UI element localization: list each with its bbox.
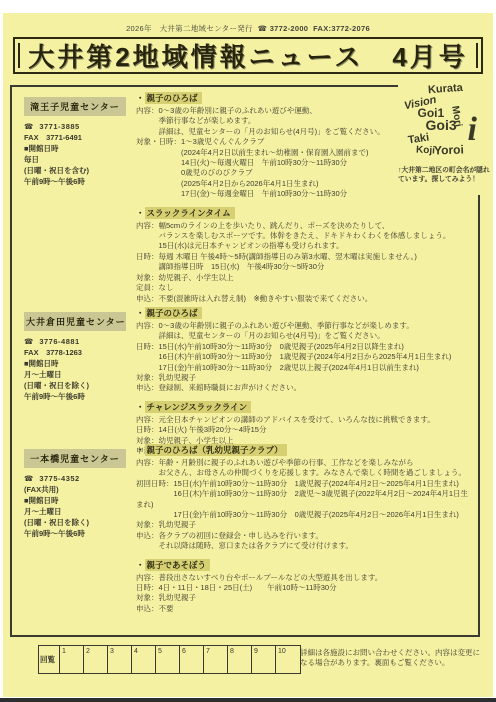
issue-phone: 3772-2000 bbox=[270, 24, 309, 33]
center-tel: 3771-3885 bbox=[39, 122, 79, 131]
open-days: 月～土曜日 bbox=[24, 506, 130, 517]
program-title-row: ・親子であそぼう bbox=[136, 559, 474, 571]
program-details: 内容：幅5cmのラインの上を歩いたり、跳んだり、ポーズを決めたりして、 バランス… bbox=[136, 221, 474, 304]
program-details: 内容：年齢・月齢別に親子のふれあい遊びや季節の行事、工作などを楽しみながら お父… bbox=[136, 458, 474, 552]
hours-header: ■開館日時 bbox=[24, 143, 130, 154]
program-title: 親子のひろば（乳幼児親子クラブ） bbox=[145, 444, 287, 456]
town-logo-panel: Kurata Vision Goi1 Goi3 Mori Taki Koji Y… bbox=[398, 83, 491, 195]
circulation-table: 回覧 1 2 3 4 5 6 7 8 9 10 bbox=[38, 645, 301, 674]
open-days-note: (日曜・祝日を含む) bbox=[24, 165, 130, 176]
bullet: ・ bbox=[136, 560, 145, 570]
open-days: 毎日 bbox=[24, 154, 130, 165]
logo-word-koji: Koji bbox=[415, 145, 434, 157]
program-details: 内容：0～3歳の年齢別に親子のふれあい遊びや運動、季節行事などが楽しめます。 詳… bbox=[136, 321, 474, 394]
circulation-cell: 1 bbox=[60, 646, 84, 673]
newsletter-title: 大井第2地域情報ニュース 4月号 bbox=[28, 37, 468, 74]
issue-line: 2026年 大井第二地域センター発行 ☎ 3772-2000 FAX:3772-… bbox=[0, 23, 496, 34]
circulation-cell: 2 bbox=[84, 646, 108, 673]
scan-edge-shadow bbox=[0, 698, 496, 702]
circulation-cell: 7 bbox=[204, 646, 228, 673]
phone-icon: ☎ bbox=[24, 337, 33, 346]
open-hours: 午前9時～午後6時 bbox=[24, 528, 130, 539]
open-days-note: (日曜・祝日を除く) bbox=[24, 380, 130, 391]
center-info-takiouji: 滝王子児童センター ☎3771-3885 FAX 3771-6491 ■開館日時… bbox=[12, 87, 134, 302]
program-title-row: ・スラックラインタイム bbox=[136, 207, 474, 219]
footer-note: 詳細は各施設にお問い合わせください。内容は変更になる場合があります。裏面もご覧く… bbox=[300, 648, 484, 668]
open-days: 月～土曜日 bbox=[24, 369, 130, 380]
circulation-cell: 3 bbox=[108, 646, 132, 673]
open-days-note: (日曜・祝日を除く) bbox=[24, 517, 130, 528]
hours-header: ■開館日時 bbox=[24, 495, 130, 506]
center-programs-ipponbashi: ・親子のひろば（乳幼児親子クラブ） 内容：年齢・月齢別に親子のふれあい遊びや季節… bbox=[134, 439, 478, 633]
program-title: 親子であそぼう bbox=[145, 559, 211, 571]
program-slackline-time: ・スラックラインタイム 内容：幅5cmのラインの上を歩いたり、跳んだり、ポーズを… bbox=[136, 207, 474, 304]
program-title: 親子のひろば bbox=[145, 307, 202, 319]
program-oyako-de-asobou: ・親子であそぼう 内容：普段出さないすべり台やボールプールなどの大型遊具を出しま… bbox=[136, 559, 474, 615]
circulation-cell: 8 bbox=[228, 646, 252, 673]
program-title: スラックラインタイム bbox=[145, 207, 235, 219]
logo-caption: ↑大井第二地区の町会名が隠れています。探してみよう！ bbox=[398, 166, 491, 184]
center-info-kurata: 大井倉田児童センター ☎3776-4881 FAX 3778-1263 ■開館日… bbox=[12, 302, 134, 439]
center-row-kurata: 大井倉田児童センター ☎3776-4881 FAX 3778-1263 ■開館日… bbox=[12, 302, 478, 439]
open-hours: 午前9時～午後6時 bbox=[24, 176, 130, 187]
phone-icon: ☎ bbox=[258, 24, 268, 33]
program-oyako-hiroba-club: ・親子のひろば（乳幼児親子クラブ） 内容：年齢・月齢別に親子のふれあい遊びや季節… bbox=[136, 444, 474, 552]
town-names-logo: Kurata Vision Goi1 Goi3 Mori Taki Koji Y… bbox=[402, 83, 488, 163]
program-title: チャレンジスラックライン bbox=[145, 401, 252, 413]
title-inner-frame: 大井第2地域情報ニュース 4月号 bbox=[18, 43, 478, 68]
bullet: ・ bbox=[136, 93, 145, 103]
center-fax-line: FAX 3778-1263 bbox=[24, 347, 130, 358]
bullet: ・ bbox=[136, 308, 145, 318]
issue-publisher: 2026年 大井第二地域センター発行 bbox=[126, 24, 253, 33]
center-row-ipponbashi: 一本橋児童センター ☎3775-4352 (FAX共用) ■開館日時 月～土曜日… bbox=[12, 439, 478, 633]
program-title-row: ・親子のひろば bbox=[136, 307, 474, 319]
phone-icon: ☎ bbox=[24, 122, 33, 131]
circulation-cell: 4 bbox=[132, 646, 156, 673]
center-name: 滝王子児童センター bbox=[24, 97, 126, 116]
bullet: ・ bbox=[136, 208, 145, 218]
logo-big-i: i bbox=[468, 111, 477, 149]
circulation-label-cell: 回覧 bbox=[39, 646, 60, 673]
program-oyako-hiroba: ・親子のひろば 内容：0～3歳の年齢別に親子のふれあい遊びや運動、季節行事などが… bbox=[136, 307, 474, 394]
center-tel: 3775-4352 bbox=[39, 474, 79, 483]
center-name: 一本橋児童センター bbox=[24, 449, 126, 468]
bullet: ・ bbox=[136, 402, 145, 412]
center-tel: 3776-4881 bbox=[39, 337, 79, 346]
program-title-row: ・チャレンジスラックライン bbox=[136, 401, 474, 413]
bullet: ・ bbox=[136, 445, 145, 455]
hours-header: ■開館日時 bbox=[24, 358, 130, 369]
program-title-row: ・親子のひろば（乳幼児親子クラブ） bbox=[136, 444, 474, 456]
program-title: 親子のひろば bbox=[145, 92, 202, 104]
center-programs-kurata: ・親子のひろば 内容：0～3歳の年齢別に親子のふれあい遊びや運動、季節行事などが… bbox=[134, 302, 478, 439]
phone-icon: ☎ bbox=[24, 474, 33, 483]
center-name: 大井倉田児童センター bbox=[24, 312, 126, 331]
logo-word-yoroi: Yoroi bbox=[433, 142, 463, 157]
center-tel-line: ☎3771-3885 bbox=[24, 121, 130, 132]
issue-fax: FAX:3772-2076 bbox=[313, 24, 370, 33]
center-fax-line: FAX 3771-6491 bbox=[24, 132, 130, 143]
newsletter-title-box: 大井第2地域情報ニュース 4月号 bbox=[13, 37, 483, 74]
circulation-cell: 9 bbox=[252, 646, 276, 673]
center-tel-line: ☎3776-4881 bbox=[24, 336, 130, 347]
circulation-cell: 10 bbox=[276, 646, 300, 673]
center-info-ipponbashi: 一本橋児童センター ☎3775-4352 (FAX共用) ■開館日時 月～土曜日… bbox=[12, 439, 134, 633]
program-details: 内容：普段出さないすべり台やボールプールなどの大型遊具を出します。 日時：4日・… bbox=[136, 573, 474, 615]
center-fax-line: (FAX共用) bbox=[24, 484, 130, 495]
circulation-cell: 5 bbox=[156, 646, 180, 673]
center-tel-line: ☎3775-4352 bbox=[24, 473, 130, 484]
circulation-cell: 6 bbox=[180, 646, 204, 673]
open-hours: 午前9時～午後6時 bbox=[24, 391, 130, 402]
